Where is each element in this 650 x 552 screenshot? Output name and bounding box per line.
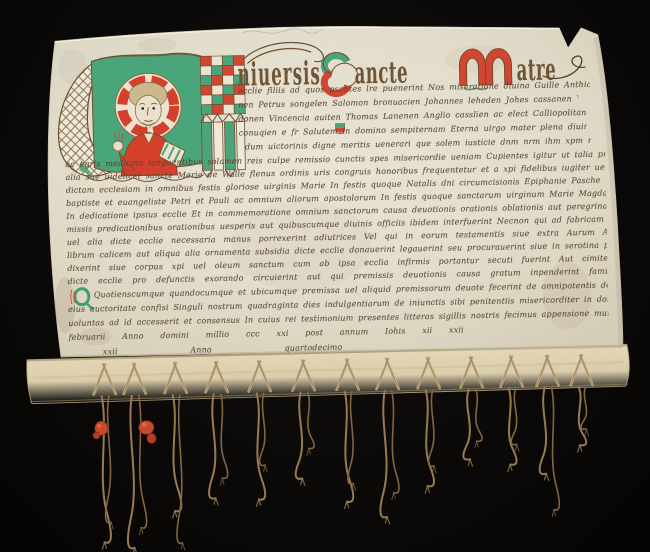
checker-square	[211, 66, 222, 76]
pillar	[224, 122, 235, 170]
pendant-tag	[475, 389, 482, 441]
heading-word-ancte: ancte	[354, 54, 408, 91]
pendant-tag	[307, 448, 311, 455]
pendant-tag	[475, 441, 479, 448]
pendant-tag	[138, 396, 146, 529]
pendant-tag	[294, 392, 303, 478]
pendant-tag	[551, 388, 559, 511]
pendant-tag	[433, 466, 437, 473]
pendant-tag	[580, 387, 587, 429]
pillar	[201, 122, 212, 170]
pendant-tag	[264, 465, 268, 472]
heading-word-atre: atre	[516, 51, 556, 88]
checker-square	[212, 85, 223, 95]
pendant-tag	[515, 444, 519, 451]
checker-square	[201, 95, 212, 105]
checker-square	[223, 104, 234, 114]
checker-square	[223, 75, 234, 85]
wax-seal	[139, 420, 157, 443]
pendant-tag	[125, 396, 135, 549]
checker-square	[212, 95, 223, 105]
pendant-tag	[220, 478, 224, 485]
checker-square	[222, 65, 233, 75]
checker-square	[223, 95, 234, 105]
parchment-photo: niuersis ancte atre	[0, 0, 650, 552]
pillar	[213, 122, 223, 170]
heading-word-niuersis: niuersis	[237, 55, 321, 94]
checker-square	[200, 56, 211, 66]
checker-square	[201, 76, 212, 86]
checker-square	[200, 66, 211, 76]
checker-square	[212, 104, 223, 114]
pendant-tag	[538, 388, 547, 474]
checker-square	[234, 104, 245, 114]
paragraph-mark-shield	[336, 124, 345, 134]
pendant-tag	[344, 392, 353, 503]
checker-square	[212, 75, 223, 85]
wax-seal	[93, 421, 108, 439]
checker-square	[201, 85, 212, 95]
checker-square	[211, 56, 222, 66]
pendant-tag	[220, 394, 227, 478]
pendant-tag	[585, 429, 589, 436]
photo-background: niuersis ancte atre	[0, 0, 650, 552]
pendant-tag	[378, 391, 387, 518]
checker-square	[234, 94, 245, 104]
checker-square	[223, 85, 234, 95]
pendant-tag	[462, 389, 470, 459]
pendant-tag	[258, 393, 265, 465]
pendant-tag	[307, 392, 314, 448]
pendant-tag	[510, 388, 517, 444]
checker-square	[222, 56, 233, 66]
pillar	[236, 122, 245, 170]
pendant-tag	[391, 391, 399, 494]
pendant-tag	[207, 394, 216, 499]
checker-square	[201, 105, 212, 115]
